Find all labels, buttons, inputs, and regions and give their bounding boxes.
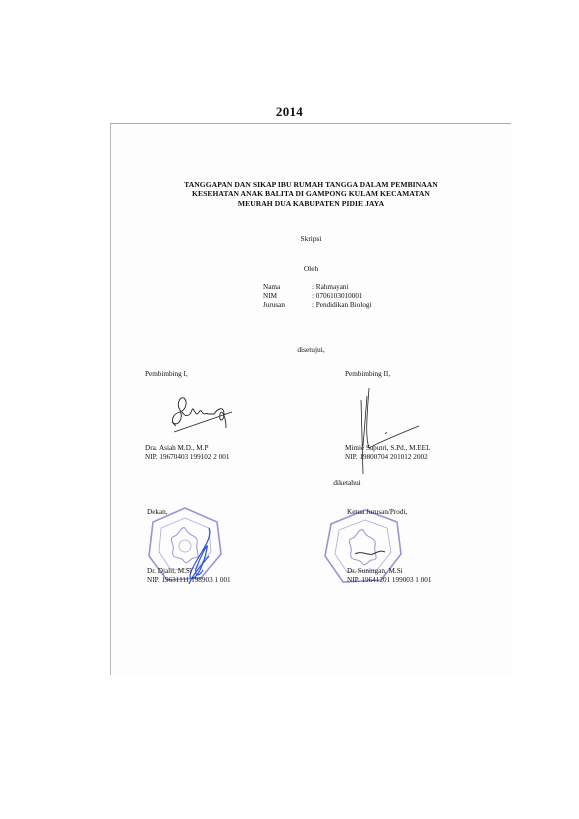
advisor-2-name: Mimie Saputri, S.Pd., M.EEL: [345, 444, 430, 452]
advisor-1-role: Pembimbing I,: [145, 370, 188, 378]
author-field-label: NIM: [263, 292, 312, 301]
title-line: KESEHATAN ANAK BALITA DI GAMPONG KULAM K…: [111, 189, 511, 198]
dean-role: Dekan,: [147, 508, 168, 516]
dean-nip: NIP. 19631111 198903 1 001: [147, 576, 231, 584]
advisor-1-name: Dra. Asiah M.D., M.P: [145, 444, 209, 452]
dean-name: Dr. Djalil, M.Si: [147, 567, 192, 575]
signature-advisor-2: [349, 386, 429, 476]
author-major-row: Jurusan: Pendidikan Biologi: [263, 301, 372, 310]
year-heading: 2014: [0, 104, 579, 120]
author-field-value: : Pendidikan Biologi: [312, 301, 372, 309]
title-line: MEURAH DUA KABUPATEN PIDIE JAYA: [111, 199, 511, 208]
advisor-2-role: Pembimbing II,: [345, 370, 390, 378]
author-field-value: : 0706103010001: [312, 292, 363, 300]
acknowledged-label: diketahui: [147, 478, 547, 487]
thesis-title: TANGGAPAN DAN SIKAP IBU RUMAH TANGGA DAL…: [111, 180, 511, 208]
signature-advisor-1: [166, 392, 246, 442]
approved-label: disetujui,: [111, 345, 511, 354]
author-name-row: Nama: Rahmayani: [263, 283, 349, 292]
author-field-value: : Rahmayani: [312, 283, 349, 291]
department-head-role: Ketua Jurusan/Prodi,: [347, 508, 407, 516]
advisor-1-nip: NIP. 19670403 199102 2 001: [145, 453, 229, 461]
department-head-nip: NIP. 19641201 199003 1 001: [347, 576, 431, 584]
author-nim-row: NIM: 0706103010001: [263, 292, 363, 301]
document-type: Skripsi: [111, 234, 511, 243]
by-label: Oleh: [111, 264, 511, 273]
scanned-approval-page: TANGGAPAN DAN SIKAP IBU RUMAH TANGGA DAL…: [110, 123, 511, 675]
title-line: TANGGAPAN DAN SIKAP IBU RUMAH TANGGA DAL…: [111, 180, 511, 189]
author-field-label: Nama: [263, 283, 312, 292]
advisor-2-nip: NIP. 19800704 201012 2002: [345, 453, 428, 461]
author-field-label: Jurusan: [263, 301, 312, 310]
department-head-name: Dr. Suningan, M.Si: [347, 567, 403, 575]
